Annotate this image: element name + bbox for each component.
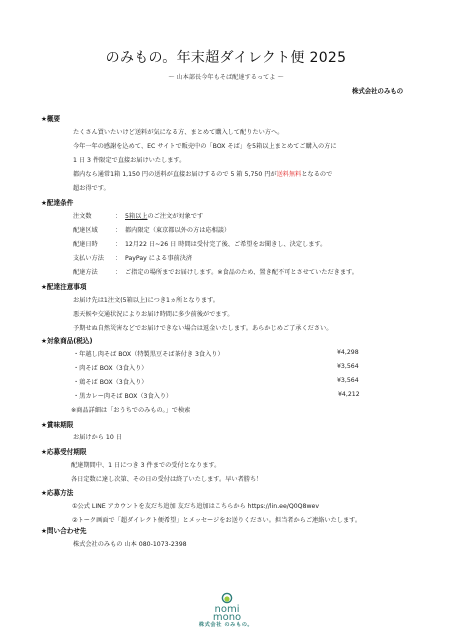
condition-value: 12月22 日~26 日 時間は受付完了後、ご希望をお聞きし、決定します。 — [125, 241, 326, 248]
apply-step-line-link[interactable]: ①公式 LINE アカウントを友だち追加 友だち追加はこちらから https:/… — [72, 501, 319, 510]
section-heading-products: ★対象商品(税込) — [41, 335, 93, 345]
condition-row-order-count: 注文数：5箱以上のご注文が対象です — [73, 211, 203, 220]
section-heading-deadline: ★応募受付期限 — [41, 446, 86, 456]
product-item: ・鶏そば BOX（3食入り） ¥3,564 — [73, 377, 373, 386]
condition-value: のご注文が対象です — [148, 213, 204, 220]
overview-line: 今年一年の感謝を込めて、EC サイトで販売中の「BOX そば」を5箱以上まとめて… — [73, 141, 337, 150]
company-name: 株式会社のみもの — [352, 86, 403, 95]
product-item: ・黒カレー肉そば BOX（3食入り） ¥4,212 — [73, 391, 373, 400]
page-title: のみもの。年末超ダイレクト便 2025 — [0, 47, 452, 67]
product-price: ¥4,298 — [337, 349, 359, 356]
condition-value-underlined: 5箱以上 — [125, 213, 148, 220]
section-heading-expiry: ★賞味期限 — [41, 419, 73, 429]
section-heading-delivery-notes: ★配達注意事項 — [41, 281, 86, 291]
nomimono-logo-icon: nomi mono — [195, 592, 259, 638]
section-heading-delivery-conditions: ★配達条件 — [41, 197, 73, 207]
condition-row-method: 配達方法：ご指定の場所までお届けします。※食品のため、置き配不可とさせていただき… — [73, 267, 358, 276]
condition-label: 配達日時 — [73, 239, 115, 248]
product-name: ・鶏そば BOX（3食入り） — [73, 379, 147, 386]
logo-caption: 株式会社 のみもの。 — [0, 621, 452, 628]
overview-price-text: 都内なら通常1箱 1,150 円の送料が直接お届けするので 5 箱 5,750 … — [73, 171, 277, 178]
condition-row-datetime: 配達日時：12月22 日~26 日 時間は受付完了後、ご希望をお聞きし、決定しま… — [73, 239, 326, 248]
condition-row-payment: 支払い方法：PayPay による事前決済 — [73, 253, 192, 262]
condition-separator: ： — [115, 253, 125, 262]
product-item: ・肉そば BOX（3食入り） ¥3,564 — [73, 363, 373, 372]
condition-separator: ： — [115, 225, 125, 234]
overview-line-price: 都内なら通常1箱 1,150 円の送料が直接お届けするので 5 箱 5,750 … — [73, 169, 332, 178]
overview-line: 超お得です。 — [73, 183, 110, 192]
deadline-line: 配達期間中、1 日につき 3 件までの受付となります。 — [71, 460, 220, 469]
overview-line: 1 日 3 件限定で直接お届けいたします。 — [73, 155, 185, 164]
condition-value: ご指定の場所までお届けします。※食品のため、置き配不可とさせていただきます。 — [125, 269, 358, 276]
delivery-note-line: 予期せぬ自然災害などでお届けできない場合は返金いたします。あらかじめご了承くださ… — [73, 323, 332, 332]
product-name: ・黒カレー肉そば BOX（3食入り） — [73, 393, 172, 400]
section-heading-overview: ★概要 — [41, 113, 60, 123]
condition-label: 配達方法 — [73, 267, 115, 276]
condition-row-area: 配達区域：都内限定（東京都以外の方は応相談） — [73, 225, 230, 234]
delivery-note-line: 悪天候や交通状況によりお届け時間に多少前後がでます。 — [73, 309, 233, 318]
deadline-line: 各日定数に達し次第、その日の受付は終了いたします。早い者勝ち！ — [71, 474, 262, 483]
condition-separator: ： — [115, 267, 125, 276]
condition-value: PayPay による事前決済 — [125, 255, 192, 262]
product-search-note: ※商品詳細は「おうちでのみもの。」で検索 — [71, 405, 190, 414]
overview-line: たくさん買いたいけど送料が気になる方、まとめて購入して配りたい方へ。 — [73, 127, 283, 136]
condition-separator: ： — [115, 211, 125, 220]
overview-price-suffix: となるので — [301, 171, 332, 178]
condition-value: 都内限定（東京都以外の方は応相談） — [125, 227, 230, 234]
expiry-line: お届けから 10 日 — [73, 432, 122, 441]
product-item: ・年越し肉そば BOX（特製黒豆そば茶付き 3食入り） ¥4,298 — [73, 349, 373, 358]
apply-step-line: ②トーク画面で「超ダイレクト便希望」とメッセージをお送りください。担当者からご連… — [72, 515, 361, 524]
condition-label: 配達区域 — [73, 225, 115, 234]
section-heading-contact: ★問い合わせ先 — [41, 525, 86, 535]
condition-separator: ： — [115, 239, 125, 248]
page-subtitle: ～ 山本部長今年もそば配達するってよ ～ — [0, 72, 452, 81]
section-heading-apply: ★応募方法 — [41, 487, 73, 497]
condition-label: 注文数 — [73, 211, 115, 220]
free-shipping-highlight: 送料無料 — [277, 171, 302, 178]
product-price: ¥3,564 — [337, 377, 359, 384]
product-price: ¥4,212 — [338, 391, 360, 398]
condition-label: 支払い方法 — [73, 253, 115, 262]
contact-line: 株式会社のみもの 山本 080-1073-2398 — [73, 539, 187, 548]
product-name: ・肉そば BOX（3食入り） — [73, 365, 147, 372]
delivery-note-line: お届け先は1注文(5箱以上)につき1ヵ所となります。 — [73, 295, 219, 304]
product-name: ・年越し肉そば BOX（特製黒豆そば茶付き 3食入り） — [73, 351, 224, 358]
product-price: ¥3,564 — [337, 363, 359, 370]
